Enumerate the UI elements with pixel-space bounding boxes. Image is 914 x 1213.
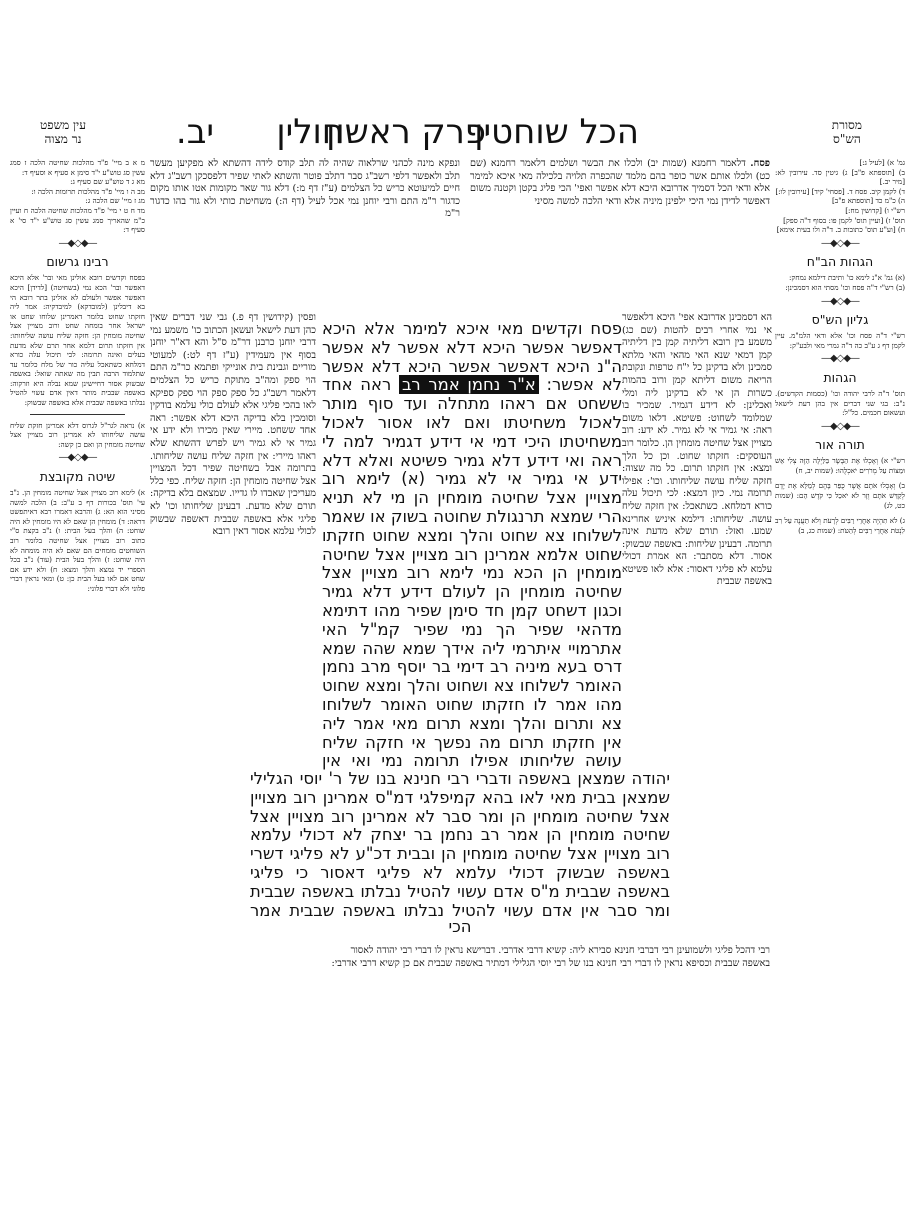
gilyon-hashas-text: רש"י ד"ה פסח וכו' אלא ודאי הלמ"מ. עיין ל… (775, 331, 905, 350)
masoret-entry: רש"י ו) [קדושין מח:] (775, 206, 905, 216)
masoret-entry: תוס' ז) [ועיין תוס' לקמן פו: בסוף ד"ה ספ… (775, 216, 905, 226)
gemara-main-text: פסח וקדשים מאי איכא למימר אלא היכא דאפשר… (322, 320, 622, 770)
gemara-closing-word: הכי (250, 918, 670, 940)
bottom-commentary: רבי דהכל פליגי ולשמועינן רבי דברבי חנינא… (150, 944, 770, 984)
ein-mishpat-entry: מ א ב מיי' פ"ד מהלכות שחיטה הלכה ז סמג ע… (10, 158, 145, 177)
hagahot-bach-entry: (ב) רש"י ד"ה פסח וכו' מסתי הוא דסמכינן: (775, 283, 905, 293)
section-rule (30, 414, 125, 415)
gemara-highlighted-phrase[interactable]: א"ר נחמן אמר רב (399, 375, 539, 394)
masoret-label-line2: הש"ס (832, 132, 862, 146)
torah-or-entry: ב) וְאָכְלוּ אֹתָם אֲשֶׁר כֻּפַּר בָּהֶם… (775, 481, 905, 510)
chapter-name: הכל שוחטין (474, 112, 639, 152)
hagahot-bach-title: הגהות הב"ח (775, 254, 905, 269)
ein-mishpat-entry: מב ה ו מיי' פ"ד מהלכות תרומות הלכה ו: (10, 187, 145, 197)
gemara-text-part2: ראה אחד ששחט אם ראהו מתחלה ועד סוף מותר … (322, 375, 622, 770)
hagahot-bach-entry: (א) גמ' א"נ לימא כו' ותיבת דילמא נמחק: (775, 273, 905, 283)
gemara-tail-word: הכי (448, 918, 471, 936)
ein-mishpat-line1: עין משפט (40, 118, 86, 132)
rashi-side-text: הא דסמכינן אדרובא אפי' היכא דלאפשר אי נמ… (622, 312, 772, 587)
ornament-divider-icon: —◆◇◆— (775, 354, 905, 364)
ornament-divider-icon: —◆◇◆— (775, 297, 905, 307)
rabbeinu-gershom-title: רבינו גרשום (10, 254, 145, 269)
bottom-commentary-line2: באשפה שבבית וכסיפא נראין לו דברי רבי חני… (150, 957, 770, 970)
tosafot-side-text: ופסין (קידושין דף פ.) גבי שני דברים שאין… (150, 312, 316, 537)
ein-mishpat-entries: מ א ב מיי' פ"ד מהלכות שחיטה הלכה ז סמג ע… (10, 158, 145, 235)
shita-mekubetzet-title: שיטה מקובצת (10, 469, 145, 484)
gilyon-hashas-title: גליון הש"ס (775, 312, 905, 327)
tractate-name: חולין (276, 112, 344, 152)
tosafot-commentary-top: ונפקא מינה לכהני שרלאוה שהיה לה תלב קודס… (150, 158, 460, 308)
ein-mishpat-entry: מא ג ד טוש"ע שם סעיף ג: (10, 177, 145, 187)
shita-mekubetzet-text: א) לימא רוב מצויין אצל שחיטה מומחין הן. … (10, 488, 145, 594)
masoret-hashas-entries: גמ' א) [לעיל ג:] ב) [תוספתא פ"ב] ג) גיטי… (775, 158, 905, 235)
page-header: מסורת הש"ס הכל שוחטין פרק ראשון חולין יב… (0, 112, 914, 152)
ornament-divider-icon: —◆◇◆— (775, 422, 905, 432)
masoret-entry: ח) [וע"ע תוס' כתובות ב. ד"ה ולו בעית אימ… (775, 225, 905, 235)
ein-mishpat-entry: מג ז מיי' שם הלכה ג: (10, 196, 145, 206)
gemara-lower-text: יהודה שמצאן באשפה ודברי רבי חנינא בנו של… (250, 770, 670, 918)
ein-mishpat-label: עין משפט נר מצוה (40, 118, 86, 146)
rashi-commentary-top: פסח. דלאמר רחמנא (שמות יב) ולכלו את הבשר… (470, 158, 770, 308)
tosafot-top-text: ונפקא מינה לכהני שרלאוה שהיה לה תלב קודס… (150, 158, 460, 219)
ornament-divider-icon: —◆◇◆— (10, 453, 145, 463)
outer-right-margin: גמ' א) [לעיל ג:] ב) [תוספתא פ"ב] ג) גיטי… (775, 158, 905, 1158)
rabbeinu-gershom-text: בפסח וקדשים רובא אולינן מאי ובר' אלא היכ… (10, 273, 145, 407)
masoret-entry: גמ' א) [לעיל ג:] (775, 158, 905, 168)
hagahot-text: תוס' ד"ה לרבי יהודה וכו' (כסמות הקדשים).… (775, 389, 905, 418)
footnote-text: א) נראה לגר"ל לגרוס דלא אמרינן חזקת שליח… (10, 421, 145, 450)
folio-number: יב. (176, 112, 214, 152)
masoret-entry: ה) כ"מ כד [תוספתא פ"ב] (775, 196, 905, 206)
masoret-label-line1: מסורת (832, 118, 862, 132)
ein-mishpat-line2: נר מצוה (40, 132, 86, 146)
ornament-divider-icon: —◆◇◆— (775, 239, 905, 249)
masoret-entry: ד) לקמן קיב. פסח ד. [פסחי' קיד] [עירובין… (775, 187, 905, 197)
outer-left-margin: מ א ב מיי' פ"ד מהלכות שחיטה הלכה ז סמג ע… (10, 158, 145, 1158)
masoret-hashas-label: מסורת הש"ס (832, 118, 862, 146)
ein-mishpat-entry: מד ח ט י מיי' פ"ד מהלכות שחיטה הלכה ח וע… (10, 206, 145, 235)
torah-or-entry: ג) לֹא תִהְיֶה אַחֲרֵי רַבִּים לְרָעֹת ו… (775, 516, 905, 535)
gemara-wide-text: יהודה שמצאן באשפה ודברי רבי חנינא בנו של… (250, 770, 670, 918)
rashi-dibbur-hamatchil: פסח. (750, 158, 770, 169)
rashi-top-text: דלאמר רחמנא (שמות יב) ולכלו את הבשר ושלמ… (470, 158, 770, 207)
torah-or-title: תורה אור (775, 437, 905, 452)
torah-or-entry: רש"י א) וְאָכְלוּ אֶת הַבָּשָׂר בַּלַּיְ… (775, 456, 905, 475)
chapter-number: פרק ראשון (326, 112, 486, 152)
bottom-commentary-line1: רבי דהכל פליגי ולשמועינן רבי דברבי חנינא… (150, 944, 770, 957)
ornament-divider-icon: —◆◇◆— (10, 239, 145, 249)
hagahot-title: הגהות (775, 370, 905, 385)
masoret-entry: ב) [תוספתא פ"ב] ג) גיטין סד. עירובין לא:… (775, 168, 905, 187)
